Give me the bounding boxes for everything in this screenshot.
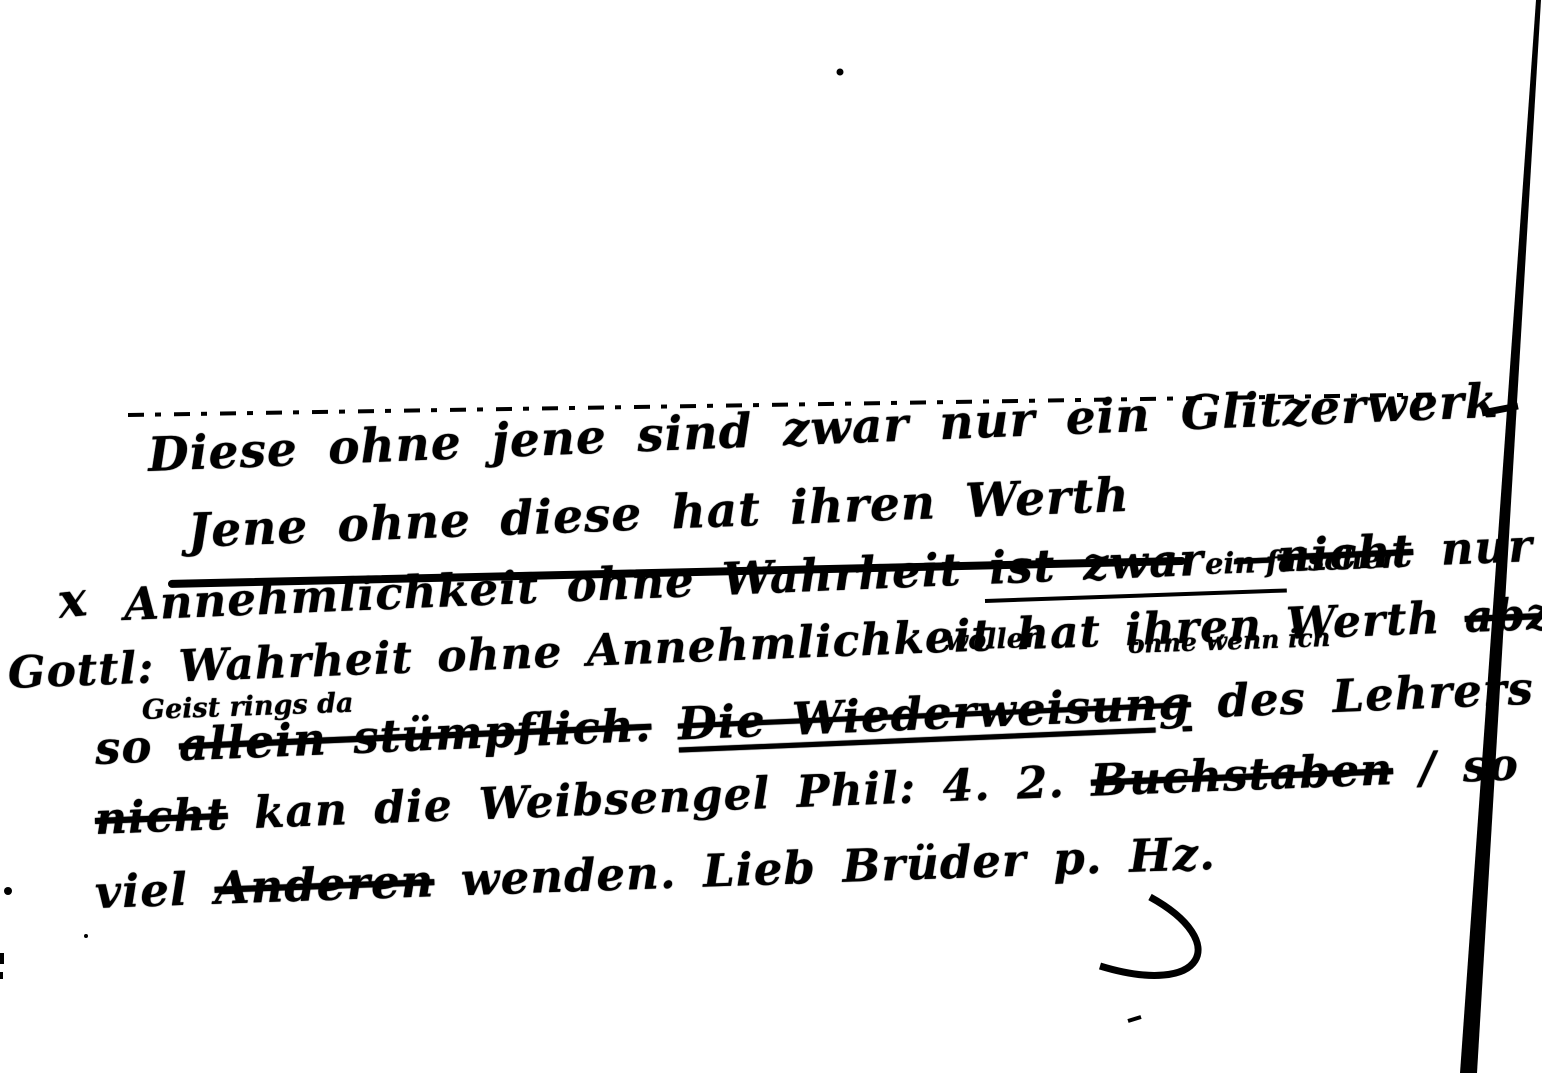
text-run: wenden. Lieb Brüder p. Hz.	[433, 827, 1216, 907]
text-run scripture-reference: kan die Weibsengel Phil: 4. 2.	[227, 756, 1092, 840]
text-run	[650, 698, 679, 752]
struck-text-run: Anderen	[214, 854, 436, 915]
text-run: viel	[94, 862, 215, 919]
interlinear-insertion: ohne wenn ich	[1127, 623, 1331, 659]
ink-speck	[84, 934, 88, 938]
edge-speck	[0, 953, 4, 964]
text-run: des Lehrers	[1190, 662, 1535, 729]
text-run: nur ein	[1412, 514, 1542, 577]
interlinear-insertion: wollen	[944, 623, 1044, 657]
struck-text-run: nicht	[94, 789, 229, 845]
struck-text-run: abzuweisen	[1464, 581, 1542, 643]
ink-dot	[4, 887, 12, 895]
text-run: so	[94, 719, 180, 775]
struck-underlined-text-run: Die Wiederweisung	[677, 676, 1192, 750]
text-run: Diese ohne jene sind zwar nur ein Glitze…	[147, 374, 1499, 483]
ink-dot	[837, 69, 844, 76]
signature-flourish	[1100, 897, 1198, 975]
manuscript-line: Diese ohne jene sind zwar nur ein Glitze…	[147, 374, 1499, 483]
manuscript-page: Diese ohne jene sind zwar nur ein Glitze…	[0, 0, 1542, 1073]
interlinear-insertion: ein falscher.	[1204, 540, 1404, 581]
margin-x-mark: x	[55, 571, 90, 630]
struck-text-run: Buchstaben	[1090, 744, 1394, 807]
ink-speck	[1128, 1017, 1141, 1021]
manuscript-line: viel Anderen wenden. Lieb Brüder p. Hz.	[94, 827, 1216, 919]
text-run: / so wie an	[1392, 732, 1542, 795]
edge-speck	[0, 972, 3, 979]
